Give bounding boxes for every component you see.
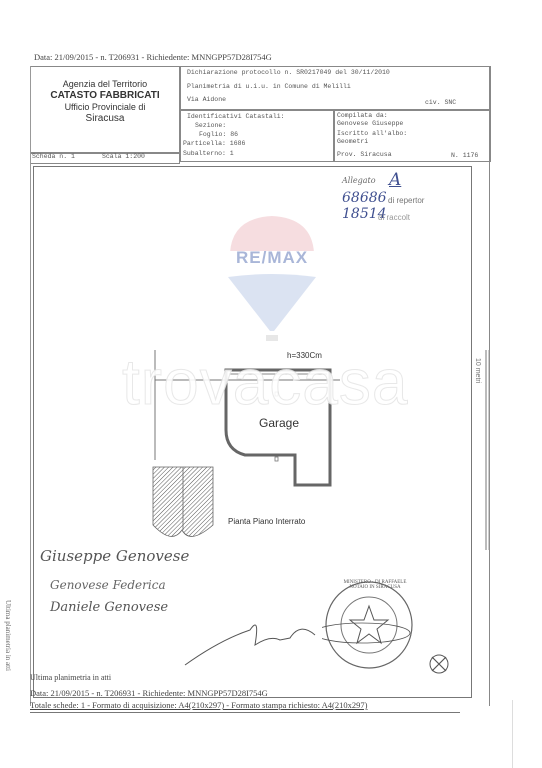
remax-balloon-icon: [222, 213, 322, 343]
notary-signature-icon: [180, 610, 320, 670]
compiled-albo: Geometri: [337, 138, 368, 145]
declaration-street: Via Aidone: [187, 96, 226, 103]
sheet-scheda: Scheda n. 1: [32, 153, 75, 160]
page-edge: [512, 700, 513, 768]
allegato-letter: A: [389, 170, 401, 190]
declaration-plan: Planimetria di u.i.u. in Comune di Melil…: [187, 83, 351, 90]
repertorio-label: di repertor: [388, 196, 424, 205]
document-header: Data: 21/09/2015 - n. T206931 - Richiede…: [34, 52, 272, 62]
compiled-prov: Prov. Siracusa: [337, 151, 392, 158]
raccolta-label: di raccolt: [378, 213, 410, 222]
identifiers-particella: Particella: 1686: [183, 140, 245, 147]
identifiers-foglio: Foglio: 86: [199, 131, 238, 138]
footer-line1: Ultima planimetria in atti: [30, 673, 111, 682]
footer-line2: Data: 21/09/2015 - n. T206931 - Richiede…: [30, 688, 268, 698]
declaration-protocol: Dichiarazione protocollo n. SR0217049 de…: [187, 69, 390, 76]
signature-1: Giuseppe Genovese: [40, 547, 189, 565]
agency-line3: Ufficio Provinciale di: [31, 102, 179, 112]
scale-bar-label: 10 metri: [474, 358, 481, 383]
agency-line1: Agenzia del Territorio: [31, 79, 179, 89]
agency-line4: Siracusa: [31, 113, 179, 124]
identifiers-subalterno: Subalterno: 1: [183, 150, 234, 157]
compiled-name: Genovese Giuseppe: [337, 120, 403, 127]
crossed-circle-icon: [428, 653, 450, 675]
repertorio-number: 68686: [342, 190, 387, 206]
plan-floor-label: Pianta Piano Interrato: [228, 517, 305, 526]
compiled-albo-label: Iscritto all'albo:: [337, 130, 407, 137]
identifiers-title: Identificativi Catastali:: [187, 113, 285, 120]
declaration-civic: civ. SNC: [425, 99, 456, 106]
signature-2: Genovese Federica: [50, 578, 166, 592]
compiled-number: N. 1176: [451, 152, 478, 159]
allegato-label: Allegato: [342, 176, 376, 185]
stamp-text: MINISTERO · DI RAFFAELE NOTAIO IN SIRACU…: [340, 580, 410, 590]
frame-left: [30, 66, 31, 706]
remax-watermark-text: RE/MAX: [236, 248, 308, 268]
agency-box: Agenzia del Territorio CATASTO FABBRICAT…: [30, 66, 180, 154]
notary-stamp-icon: [322, 578, 417, 673]
frame-bottom: [30, 712, 460, 713]
sheet-scala: Scala 1:200: [102, 153, 145, 160]
compiled-label: Compilata da:: [337, 112, 388, 119]
trovacasa-watermark: trovacasa: [122, 345, 408, 419]
left-margin-text: Ultima planimetria in atti: [4, 600, 12, 671]
signature-3: Daniele Genovese: [50, 600, 168, 615]
agency-line2: CATASTO FABBRICATI: [31, 90, 179, 101]
identifiers-sezione: Sezione:: [195, 122, 226, 129]
footer-line3: Totale schede: 1 - Formato di acquisizio…: [30, 700, 367, 710]
